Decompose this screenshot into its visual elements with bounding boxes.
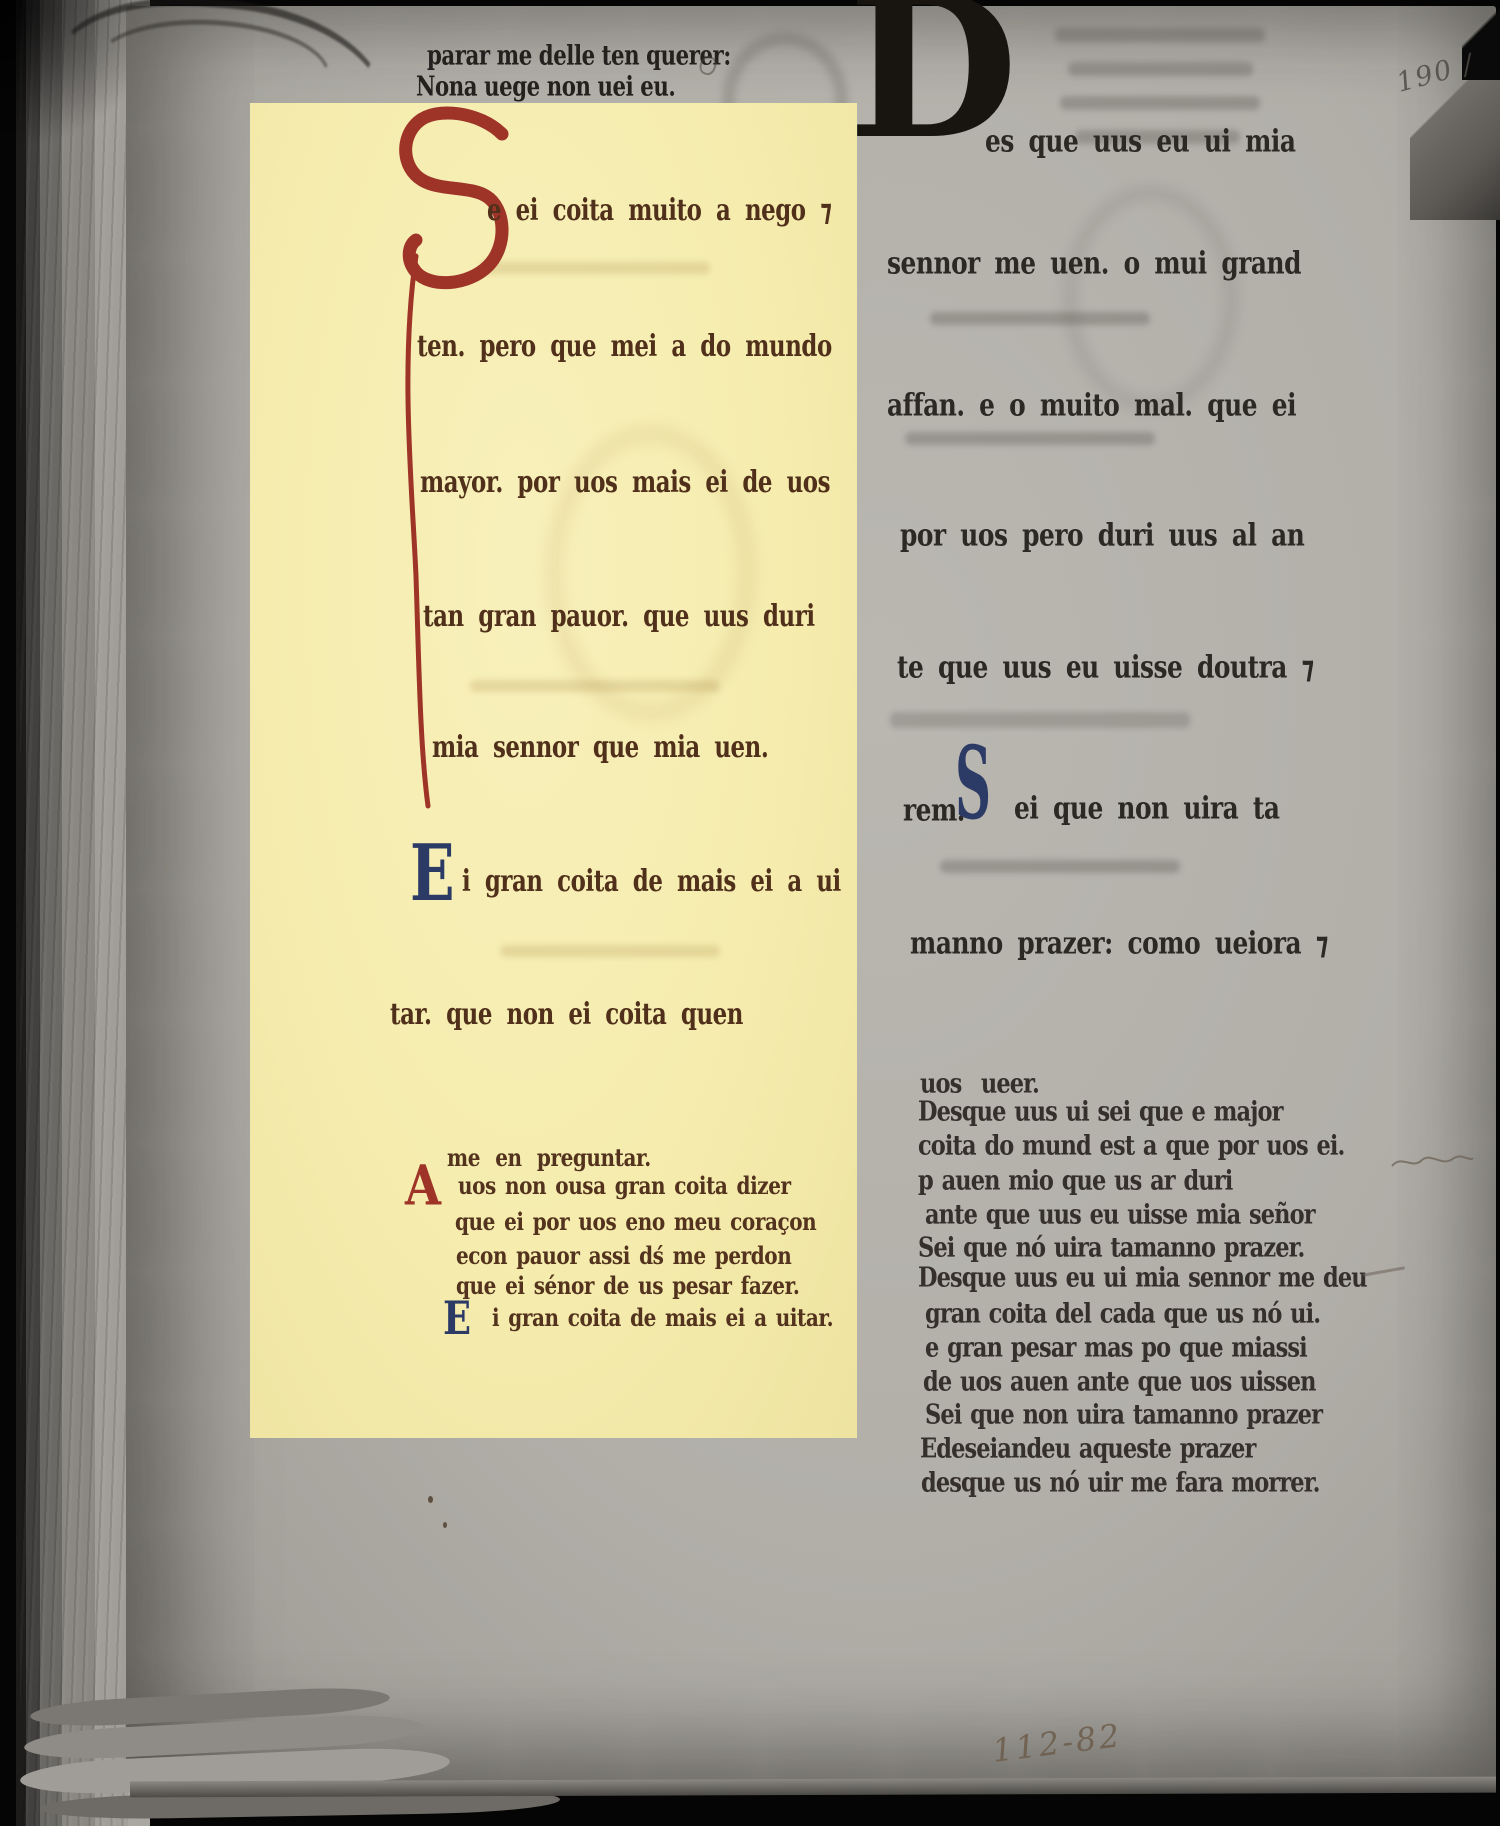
verse-line: i gran coita de mais ei a ui xyxy=(462,867,841,897)
verse-line: me en preguntar. xyxy=(447,1146,651,1170)
verse-line: tar. que non ei coita quen xyxy=(390,1000,743,1030)
page-stack-streaks xyxy=(20,0,132,1826)
verse-line: uos non ousa gran coita dizer xyxy=(458,1174,791,1198)
header-line: parar me delle ten querer: xyxy=(427,42,731,69)
ink-dot xyxy=(443,1522,447,1528)
manuscript-photo: parar me delle ten querer: Nona uege non… xyxy=(0,0,1500,1826)
verse-line: mia sennor que mia uen. xyxy=(432,733,768,763)
verse-line: de uos auen ante que uos uissen xyxy=(923,1368,1316,1395)
verse-line: Sei que non uira tamanno prazer xyxy=(925,1401,1322,1428)
illuminated-initial-e-blue: E xyxy=(443,1295,471,1341)
verse-line: desque us nó uir me fara morrer. xyxy=(921,1469,1320,1496)
verse-line: p auen mio que us ar duri xyxy=(918,1167,1232,1194)
verse-line: sennor me uen. o mui grand xyxy=(887,248,1301,279)
verse-line: econ pauor assi dś me perdon xyxy=(456,1244,791,1268)
ink-dot xyxy=(428,1496,433,1503)
verse-line: affan. e o muito mal. que ei xyxy=(887,390,1296,421)
verse-line: tan gran pauor. que uus duri xyxy=(423,602,815,632)
verse-line: por uos pero duri uus al an xyxy=(900,520,1304,551)
verse-line: Sei que nó uira tamanno prazer. xyxy=(918,1234,1304,1261)
verse-line: que ei por uos eno meu coraçon xyxy=(455,1210,816,1234)
verse-line: Edeseiandeu aqueste prazer xyxy=(920,1435,1255,1462)
highlight-region xyxy=(250,103,857,1438)
verse-line: Desque uus eu ui mia sennor me deu xyxy=(918,1264,1367,1291)
margin-scribble xyxy=(1390,1148,1475,1174)
verse-line: coita do mund est a que por uos ei. xyxy=(918,1132,1344,1159)
verse-line: uos ueer. xyxy=(920,1070,1039,1097)
verse-line: e gran pesar mas po que miassi xyxy=(925,1334,1307,1361)
verse-line: es que uus eu ui mia xyxy=(985,126,1296,157)
illuminated-initial-a-red: A xyxy=(405,1158,441,1213)
verse-line: te que uus eu uisse doutra ⁊ xyxy=(897,652,1314,683)
verse-line: mayor. por uos mais ei de uos xyxy=(420,468,830,498)
page-bottom-edge xyxy=(130,1777,1496,1798)
illuminated-initial-e-blue: E xyxy=(410,835,455,913)
verse-line: ei que non uira ta xyxy=(1014,793,1279,824)
verse-line: i gran coita de mais ei a uitar. xyxy=(492,1306,833,1330)
verse-line: ten. pero que mei a do mundo xyxy=(417,332,832,362)
verse-line: e ei coita muito a nego ⁊ xyxy=(487,196,832,226)
header-line: Nona uege non uei eu. xyxy=(416,73,675,100)
verse-line: que ei sénor de us pesar fazer. xyxy=(456,1274,799,1298)
illuminated-initial-s-blue: S xyxy=(955,733,991,833)
verse-line: ante que uus eu uisse mia señor xyxy=(925,1201,1315,1228)
verse-line: manno prazer: como ueiora ⁊ xyxy=(910,928,1328,959)
verse-line: gran coita del cada que us nó ui. xyxy=(925,1300,1320,1327)
verse-line: Desque uus ui sei que e major xyxy=(918,1098,1283,1125)
